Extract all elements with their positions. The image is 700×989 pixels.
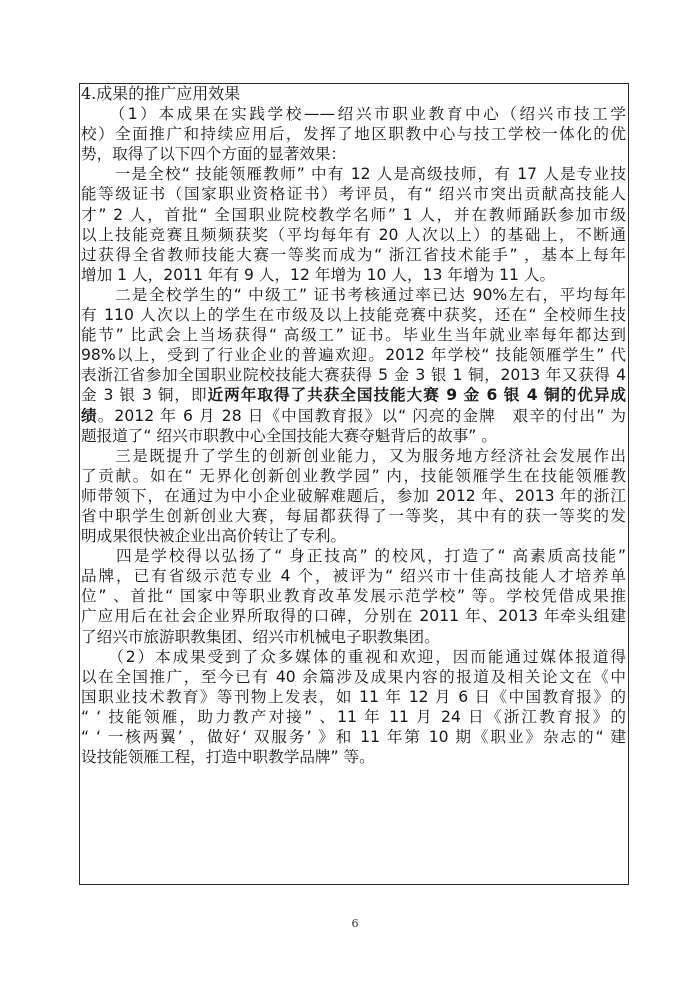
text-line: 二是全校学生的“ 中级工” 证书考核通过率已达 90%左右，平均每年 (81, 285, 626, 305)
text-line: 才” 2 人，首批“ 全国职业院校教学名师” 1 人，并在教师踊跃参加市级 (81, 205, 626, 225)
page-number: 6 (350, 917, 360, 930)
text-line: “ ‘ 技能领雁，助力教产对接” 、11 年 11 月 24 日《浙江教育报》的 (81, 707, 626, 727)
paragraph-1: （1）本成果在实践学校——绍兴市职业教育中心（绍兴市技工学 校）全面推广和持续应… (81, 104, 626, 164)
section-heading: 4.成果的推广应用效果 (81, 84, 626, 104)
text-line: 三是既提升了学生的创新创业能力，又为服务地方经济社会发展作出 (81, 446, 626, 466)
bold-highlight: 绩 (81, 407, 98, 425)
text-line: 过获得全省教师技能大赛一等奖而成为“ 浙江省技术能手” ，基本上每年 (81, 245, 626, 265)
text-line: 题报道了“ 绍兴市职教中心全国技能大赛夺魁背后的故事” 。 (81, 426, 626, 446)
text-line: 设技能领雁工程，打造中职教学品牌” 等。 (81, 747, 626, 767)
paragraph-students: 二是全校学生的“ 中级工” 证书考核通过率已达 90%左右，平均每年 有 110… (81, 285, 626, 446)
text-line: 势，取得了以下四个方面的显著效果： (81, 144, 626, 164)
text-line: 一是全校“ 技能领雁教师” 中有 12 人是高级技师，有 17 人是专业技 (81, 164, 626, 184)
text-line: 以上技能竞赛且频频获奖（平均每年有 20 人次以上）的基础上，不断通 (81, 225, 626, 245)
text-line: 品牌，已有省级示范专业 4 个，被评为“ 绍兴市十佳高技能人才培养单 (81, 566, 626, 586)
text-line: 广应用后在社会企业界所取得的口碑，分别在 2011 年、2013 年牵头组建 (81, 606, 626, 626)
text-line: 明成果很快被企业出高价转让了专利。 (81, 526, 626, 546)
text-line: 校）全面推广和持续应用后，发挥了地区职教中心与技工学校一体化的优 (81, 124, 626, 144)
text-line: 能节” 比武会上当场获得“ 高级工” 证书。毕业生当年就业率每年都达到 (81, 325, 626, 345)
document-body: 4.成果的推广应用效果 （1）本成果在实践学校——绍兴市职业教育中心（绍兴市技工… (81, 84, 626, 767)
text-line: 四是学校得以弘扬了“ 身正技高” 的校风，打造了“ 高素质高技能” (81, 546, 626, 566)
text-line: 师带领下，在通过为中小企业破解难题后，参加 2012 年、2013 年的浙江 (81, 486, 626, 506)
paragraph-innovation: 三是既提升了学生的创新创业能力，又为服务地方经济社会发展作出 了贡献。如在“ 无… (81, 446, 626, 546)
text-line: 国职业技术教育》等刊物上发表，如 11 年 12 月 6 日《中国教育报》的 (81, 687, 626, 707)
text-line: （1）本成果在实践学校——绍兴市职业教育中心（绍兴市技工学 (81, 104, 626, 124)
text-line: 能等级证书（国家职业资格证书）考评员，有“ 绍兴市突出贡献高技能人 (81, 184, 626, 204)
text-line: 增加 1 人，2011 年有 9 人，12 年增为 10 人，13 年增为 11… (81, 265, 626, 285)
text-line: 绩。2012 年 6 月 28 日《中国教育报》以“ 闪亮的金牌 艰辛的付出” … (81, 406, 626, 426)
text-span: 金 3 银 3 铜，即 (81, 386, 208, 404)
text-line: 省中职学生创新创业大赛，每届都获得了一等奖，其中有的获一等奖的发 (81, 506, 626, 526)
paragraph-media: （2）本成果受到了众多媒体的重视和欢迎，因而能通过媒体报道得 以在全国推广，至今… (81, 647, 626, 768)
paragraph-teachers: 一是全校“ 技能领雁教师” 中有 12 人是高级技师，有 17 人是专业技 能等… (81, 164, 626, 285)
text-line: （2）本成果受到了众多媒体的重视和欢迎，因而能通过媒体报道得 (81, 647, 626, 667)
text-span: 。2012 年 6 月 28 日《中国教育报》以“ 闪亮的金牌 艰辛的付出” 为 (98, 407, 626, 425)
text-line: “ ‘ 一核两翼’ ，做好‘ 双服务’ 》和 11 年第 10 期《职业》杂志的… (81, 727, 626, 747)
bold-highlight: 近两年取得了共获全国技能大赛 9 金 6 银 4 铜的优异成 (208, 386, 626, 404)
text-line: 表浙江省参加全国职业院校技能大赛获得 5 金 3 银 1 铜，2013 年又获得… (81, 365, 626, 385)
text-line: 有 110 人次以上的学生在市级及以上技能竞赛中获奖，还在“ 全校师生技 (81, 305, 626, 325)
text-line: 98%以上，受到了行业企业的普遍欢迎。2012 年学校“ 技能领雁学生” 代 (81, 345, 626, 365)
text-line: 金 3 银 3 铜，即近两年取得了共获全国技能大赛 9 金 6 银 4 铜的优异… (81, 385, 626, 405)
text-line: 了绍兴市旅游职教集团、绍兴市机械电子职教集团。 (81, 627, 626, 647)
text-line: 了贡献。如在“ 无界化创新创业教学园” 内，技能领雁学生在技能领雁教 (81, 466, 626, 486)
text-line: 以在全国推广，至今已有 40 余篇涉及成果内容的报道及相关论文在《中 (81, 667, 626, 687)
text-line: 位” 、首批“ 国家中等职业教育改革发展示范学校” 等。学校凭借成果推 (81, 586, 626, 606)
paragraph-brand: 四是学校得以弘扬了“ 身正技高” 的校风，打造了“ 高素质高技能” 品牌，已有省… (81, 546, 626, 646)
